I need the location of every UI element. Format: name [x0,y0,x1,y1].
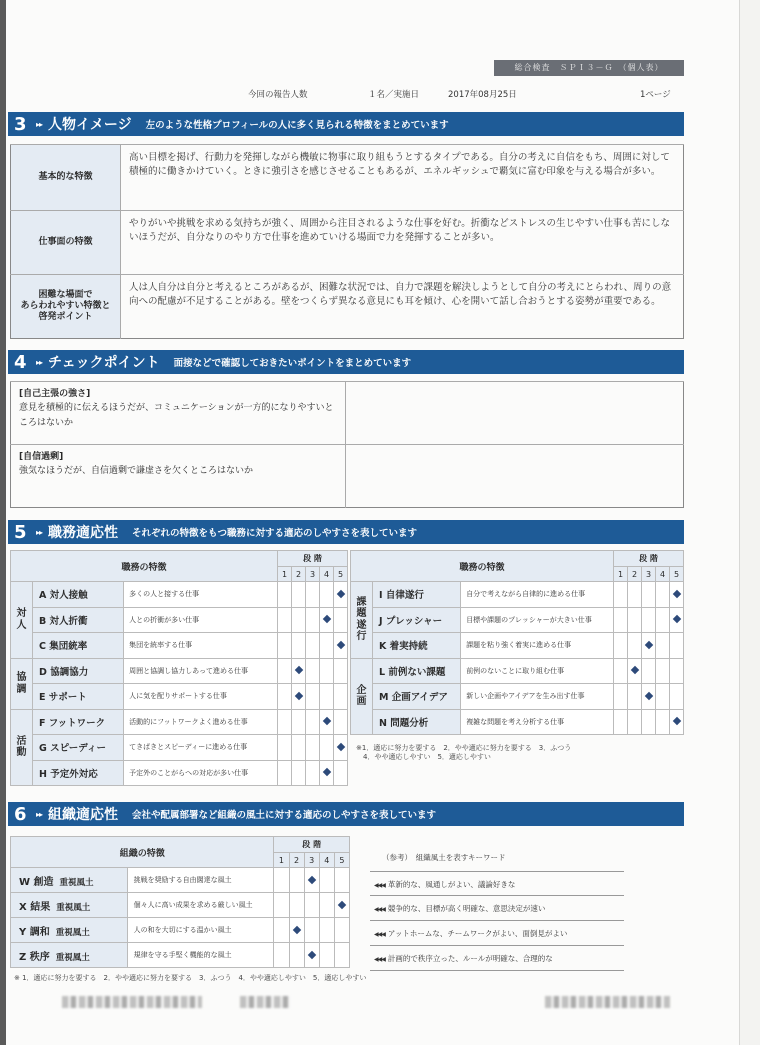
stage-cell [319,893,334,918]
report-count-label: 今回の報告人数 [248,88,308,100]
stage-cell [278,607,292,633]
stage-num: 1 [614,567,628,582]
stage-cell [289,943,304,968]
stage-cell [642,582,656,608]
stage-cell [656,582,670,608]
section-description: 左のような性格プロフィールの人に多く見られる特徴をまとめています [146,117,449,131]
table-row: 協調D 協調協力周囲と協調し協力しあって進める仕事 [11,658,348,684]
table-row: X 結果重視風土個々人に高い成果を求める厳しい風土 [11,893,350,918]
stage-cell [334,868,349,893]
table-row: E サポート人に気を配りサポートする仕事 [11,684,348,710]
column-header: 組織の特徴 [11,837,274,868]
section-6-header: 6 ▸▸ 組織適応性 会社や配属部署など組織の風土に対する適応のしやすさを表して… [8,802,684,826]
job-description: 前例のないことに取り組む仕事 [461,658,614,684]
stage-cell [656,658,670,684]
section-number: 5 [14,522,32,543]
stage-num: 3 [306,567,320,582]
stage-cell [304,943,319,968]
stage-cell [289,918,304,943]
stage-cell [306,607,320,633]
job-name: E サポート [33,684,124,710]
stage-header: 段 階 [278,551,348,567]
diamond-marker-icon [322,615,330,623]
section-5-header: 5 ▸▸ 職務適応性 それぞれの特徴をもつ職務に対する適応のしやすさを表していま… [8,520,684,544]
table-row: G スピーディーてきぱきとスピーディーに進める仕事 [11,735,348,761]
org-description: 挑戦を奨励する自由闊達な風土 [127,868,274,893]
section-title: 組織適応性 [48,804,118,824]
stage-cell [278,684,292,710]
stage-cell [670,582,684,608]
job-name: L 前例ない課題 [373,658,461,684]
stage-cell [334,893,349,918]
section-4-header: 4 ▸▸ チェックポイント 面接などで確認しておきたいポイントをまとめています [8,350,684,374]
group-label: 課題遂行 [351,582,373,659]
arrow-icon: ▸▸ [36,120,42,129]
report-count-value: １名／実施日 [368,88,419,100]
table-row: W 創造重視風土挑戦を奨励する自由闊達な風土 [11,868,350,893]
group-label: 協調 [11,658,33,709]
job-name: K 着実持続 [373,633,461,659]
table-row: 企画L 前例ない課題前例のないことに取り組む仕事 [351,658,684,684]
stage-cell [628,607,642,633]
stage-cell [614,633,628,659]
keyword-item: ◀◀◀計画的で秩序立った、ルールが明確な、合理的な [370,946,624,971]
section-number: 4 [14,352,32,373]
org-description: 規律を守る手堅く機能的な風土 [127,943,274,968]
stage-num: 3 [304,853,319,868]
section-description: 会社や配属部署など組織の風土に対する適応のしやすさを表しています [132,807,436,821]
job-description: 新しい企画やアイデアを生み出す仕事 [461,684,614,710]
table-row: N 問題分析複雑な問題を考え分析する仕事 [351,709,684,735]
stage-num: 4 [319,853,334,868]
stage-cell [656,633,670,659]
stage-cell [278,633,292,659]
diamond-marker-icon [672,615,680,623]
keyword-reference-label: （参考） 組織風土を表すキーワード [382,852,505,863]
table-row: 課題遂行I 自律遂行自分で考えながら自律的に進める仕事 [351,582,684,608]
org-name: Z 秩序重視風土 [11,943,128,968]
row-label: 困難な場面で あらわれやすい特徴と 啓発ポイント [11,275,121,339]
job-name: F フットワーク [33,709,124,735]
stage-cell [628,582,642,608]
job-name: I 自律遂行 [373,582,461,608]
job-description: 周囲と協調し協力しあって進める仕事 [124,658,278,684]
scan-edge [0,0,6,1045]
row-label: 仕事面の特徴 [11,211,121,275]
arrow-icon: ▸▸ [36,810,42,819]
stage-cell [319,943,334,968]
group-label: 対人 [11,582,33,659]
stage-cell [320,735,334,761]
job-scale-note: ※1．適応に努力を要する 2．やや適応に努力を要する 3．ふつう 4．やや適応し… [356,744,571,763]
stage-cell [320,760,334,786]
table-row: 困難な場面で あらわれやすい特徴と 啓発ポイント 人は人自分は自分と考えるところ… [11,275,684,339]
job-name: D 協調協力 [33,658,124,684]
diamond-marker-icon [336,641,344,649]
stage-cell [334,684,348,710]
stage-cell [304,893,319,918]
stage-cell [304,868,319,893]
stage-cell [642,607,656,633]
stage-cell [670,633,684,659]
stage-num: 5 [334,853,349,868]
stage-cell [292,735,306,761]
stage-cell [292,633,306,659]
job-name: C 集団統率 [33,633,124,659]
stage-cell [306,684,320,710]
triple-arrow-left-icon: ◀◀◀ [374,956,385,963]
table-row: B 対人折衝人との折衝が多い仕事 [11,607,348,633]
section-description: それぞれの特徴をもつ職務に対する適応のしやすさを表しています [132,525,417,539]
diamond-marker-icon [630,666,638,674]
checkpoint-row: [自己主張の強さ] 意見を積極的に伝えるほうだが、コミュニケーションが一方的にな… [11,382,684,445]
job-description: 複雑な問題を考え分析する仕事 [461,709,614,735]
row-text: 人は人自分は自分と考えるところがあるが、困難な状況では、自力で課題を解決しようと… [121,275,684,339]
job-description: てきぱきとスピーディーに進める仕事 [124,735,278,761]
triple-arrow-left-icon: ◀◀◀ [374,931,385,938]
checkpoint-table: [自己主張の強さ] 意見を積極的に伝えるほうだが、コミュニケーションが一方的にな… [10,381,684,508]
stage-cell [334,633,348,659]
stage-cell [334,582,348,608]
job-description: 人に気を配りサポートする仕事 [124,684,278,710]
org-name: X 結果重視風土 [11,893,128,918]
table-row: H 予定外対応予定外のことがらへの対応が多い仕事 [11,760,348,786]
job-aptitude-table-right: 職務の特徴 段 階 1 2 3 4 5 課題遂行I 自律遂行自分で考えながら自律… [350,550,684,735]
job-name: H 予定外対応 [33,760,124,786]
stage-cell [306,582,320,608]
stage-cell [274,868,289,893]
org-description: 個々人に高い成果を求める厳しい風土 [127,893,274,918]
diamond-marker-icon [292,925,300,933]
diamond-marker-icon [322,717,330,725]
stage-cell [292,760,306,786]
stage-cell [274,893,289,918]
document-type-tag: 総合検査 ＳＰＩ３－Ｇ （個人表） [494,60,684,76]
diamond-marker-icon [336,743,344,751]
stage-num: 5 [334,567,348,582]
keyword-item: ◀◀◀アットホームな、チームワークがよい、面倒見がよい [370,921,624,946]
stage-cell [614,607,628,633]
section-number: 3 [14,114,32,135]
stage-cell [319,868,334,893]
stage-cell [274,918,289,943]
job-description: 多くの人と接する仕事 [124,582,278,608]
stage-cell [320,658,334,684]
table-row: M 企画アイデア新しい企画やアイデアを生み出す仕事 [351,684,684,710]
page-number: 1ページ [640,88,671,100]
stage-cell [656,684,670,710]
stage-num: 3 [642,567,656,582]
checkpoint-item: [自己主張の強さ] 意見を積極的に伝えるほうだが、コミュニケーションが一方的にな… [11,382,346,445]
table-row: Y 調和重視風土人の和を大切にする温かい風土 [11,918,350,943]
org-scale-note: ※ 1．適応に努力を要する 2．やや適応に努力を要する 3．ふつう 4．やや適応… [14,974,366,983]
job-name: A 対人接触 [33,582,124,608]
stage-header: 段 階 [614,551,684,567]
diamond-marker-icon [644,692,652,700]
stage-cell [274,943,289,968]
stage-cell [278,760,292,786]
stage-cell [334,658,348,684]
stage-cell [278,709,292,735]
stage-header: 段 階 [274,837,350,853]
arrow-icon: ▸▸ [36,358,42,367]
stage-cell [628,709,642,735]
stage-cell [289,868,304,893]
checkpoint-notes [346,445,684,508]
stage-cell [670,658,684,684]
group-label: 活動 [11,709,33,786]
stage-num: 2 [628,567,642,582]
stage-cell [656,607,670,633]
stage-cell [334,735,348,761]
stage-cell [614,684,628,710]
stage-cell [614,582,628,608]
stage-cell [292,709,306,735]
job-description: 集団を統率する仕事 [124,633,278,659]
row-label: 基本的な特徴 [11,145,121,211]
keyword-item: ◀◀◀革新的な、風通しがよい、議論好きな [370,871,624,896]
stage-cell [334,760,348,786]
diamond-marker-icon [294,692,302,700]
keyword-item: ◀◀◀競争的な、目標が高く明確な、意思決定が速い [370,896,624,921]
stage-cell [334,918,349,943]
table-row: K 着実持続課題を粘り強く着実に進める仕事 [351,633,684,659]
stage-cell [278,658,292,684]
redacted-text [240,996,290,1008]
stage-cell [306,760,320,786]
stage-cell [334,607,348,633]
stage-cell [278,582,292,608]
stage-cell [656,709,670,735]
job-name: M 企画アイデア [373,684,461,710]
stage-cell [320,607,334,633]
checkpoint-row: [自信過剰] 強気なほうだが、自信過剰で謙虚さを欠くところはないか [11,445,684,508]
table-row: 対人A 対人接触多くの人と接する仕事 [11,582,348,608]
diamond-marker-icon [322,768,330,776]
stage-cell [320,582,334,608]
job-aptitude-table-left: 職務の特徴 段 階 1 2 3 4 5 対人A 対人接触多くの人と接する仕事B … [10,550,348,786]
diamond-marker-icon [672,590,680,598]
stage-cell [289,893,304,918]
person-image-table: 基本的な特徴 高い目標を掲げ、行動力を発揮しながら機敏に物事に取り組もうとするタ… [10,144,684,339]
stage-cell [670,684,684,710]
stage-cell [306,735,320,761]
section-title: 人物イメージ [48,114,132,134]
stage-cell [306,709,320,735]
row-text: 高い目標を掲げ、行動力を発揮しながら機敏に物事に取り組もうとするタイプである。自… [121,145,684,211]
stage-cell [628,684,642,710]
stage-cell [670,607,684,633]
stage-cell [320,709,334,735]
stage-cell [628,658,642,684]
section-title: 職務適応性 [48,522,118,542]
stage-cell [642,633,656,659]
stage-cell [292,684,306,710]
triple-arrow-left-icon: ◀◀◀ [374,906,385,913]
job-description: 自分で考えながら自律的に進める仕事 [461,582,614,608]
stage-cell [306,658,320,684]
stage-cell [642,658,656,684]
job-description: 目標や課題のプレッシャーが大きい仕事 [461,607,614,633]
redacted-text [62,996,202,1008]
stage-num: 1 [274,853,289,868]
stage-cell [670,709,684,735]
stage-cell [642,684,656,710]
column-header: 職務の特徴 [351,551,614,582]
diamond-marker-icon [307,950,315,958]
stage-num: 4 [656,567,670,582]
diamond-marker-icon [307,875,315,883]
job-description: 課題を粘り強く着実に進める仕事 [461,633,614,659]
table-row: 仕事面の特徴 やりがいや挑戦を求める気持ちが強く、周囲から注目されるような仕事を… [11,211,684,275]
stage-num: 5 [670,567,684,582]
column-header: 職務の特徴 [11,551,278,582]
stage-cell [614,658,628,684]
job-name: J プレッシャー [373,607,461,633]
org-aptitude-table: 組織の特徴 段 階 1 2 3 4 5 W 創造重視風土挑戦を奨励する自由闊達な… [10,836,350,968]
job-name: B 対人折衝 [33,607,124,633]
stage-num: 2 [289,853,304,868]
diamond-marker-icon [336,590,344,598]
stage-num: 4 [320,567,334,582]
stage-cell [614,709,628,735]
stage-cell [642,709,656,735]
triple-arrow-left-icon: ◀◀◀ [374,882,385,889]
diamond-marker-icon [672,717,680,725]
section-3-header: 3 ▸▸ 人物イメージ 左のような性格プロフィールの人に多く見られる特徴をまとめ… [8,112,684,136]
job-description: 人との折衝が多い仕事 [124,607,278,633]
section-description: 面接などで確認しておきたいポイントをまとめています [174,355,412,369]
org-name: W 創造重視風土 [11,868,128,893]
checkpoint-item: [自信過剰] 強気なほうだが、自信過剰で謙虚さを欠くところはないか [11,445,346,508]
org-name: Y 調和重視風土 [11,918,128,943]
org-description: 人の和を大切にする温かい風土 [127,918,274,943]
group-label: 企画 [351,658,373,735]
stage-cell [319,918,334,943]
stage-cell [292,582,306,608]
table-row: C 集団統率集団を統率する仕事 [11,633,348,659]
diamond-marker-icon [338,900,346,908]
stage-cell [292,658,306,684]
checkpoint-notes [346,382,684,445]
stage-cell [334,943,349,968]
table-row: Z 秩序重視風土規律を守る手堅く機能的な風土 [11,943,350,968]
stage-num: 1 [278,567,292,582]
table-row: 基本的な特徴 高い目標を掲げ、行動力を発揮しながら機敏に物事に取り組もうとするタ… [11,145,684,211]
stage-cell [306,633,320,659]
stage-cell [334,709,348,735]
stage-cell [628,633,642,659]
row-text: やりがいや挑戦を求める気持ちが強く、周囲から注目されるような仕事を好む。折衝など… [121,211,684,275]
stage-cell [278,735,292,761]
arrow-icon: ▸▸ [36,528,42,537]
job-name: N 問題分析 [373,709,461,735]
redacted-text [545,996,670,1008]
section-number: 6 [14,804,32,825]
job-description: 活動的にフットワークよく進める仕事 [124,709,278,735]
job-description: 予定外のことがらへの対応が多い仕事 [124,760,278,786]
keyword-list: ◀◀◀革新的な、風通しがよい、議論好きな◀◀◀競争的な、目標が高く明確な、意思決… [370,871,624,971]
report-page: 総合検査 ＳＰＩ３－Ｇ （個人表） 今回の報告人数 １名／実施日 2017年08… [0,0,740,1045]
table-row: 活動F フットワーク活動的にフットワークよく進める仕事 [11,709,348,735]
table-row: J プレッシャー目標や課題のプレッシャーが大きい仕事 [351,607,684,633]
stage-cell [320,684,334,710]
stage-num: 2 [292,567,306,582]
diamond-marker-icon [294,666,302,674]
job-name: G スピーディー [33,735,124,761]
diamond-marker-icon [644,641,652,649]
stage-cell [292,607,306,633]
stage-cell [320,633,334,659]
stage-cell [304,918,319,943]
exam-date: 2017年08月25日 [448,88,517,100]
section-title: チェックポイント [48,352,160,372]
